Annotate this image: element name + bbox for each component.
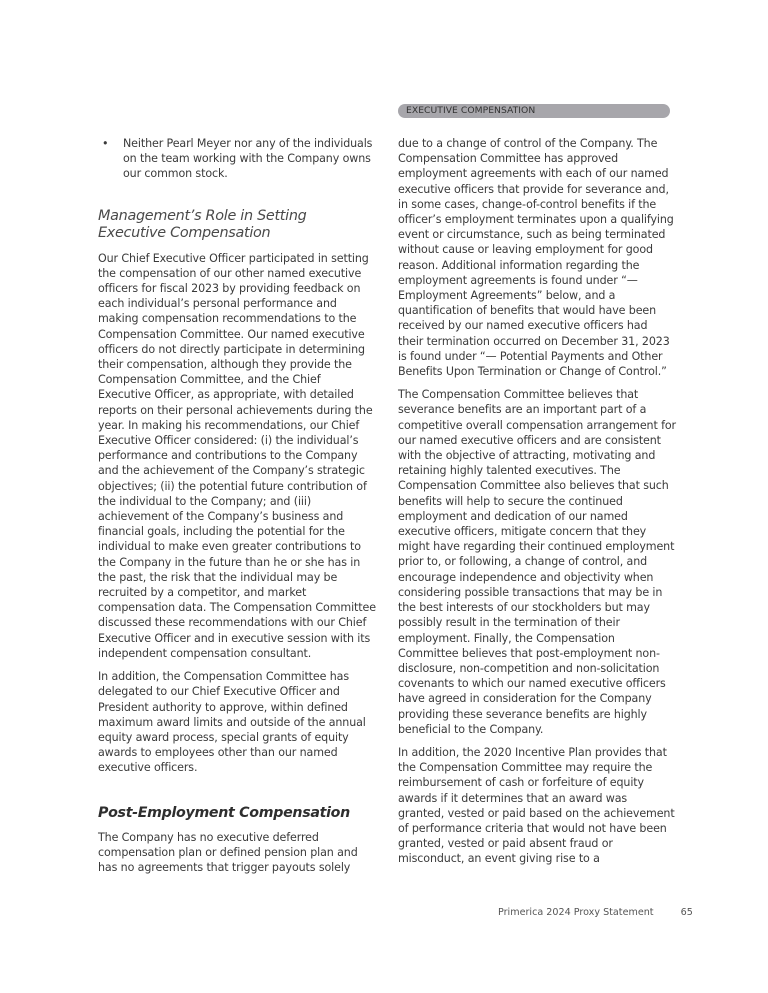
page-footer: Primerica 2024 Proxy Statement 65 (498, 907, 693, 918)
section-header-bar: EXECUTIVE COMPENSATION (398, 104, 670, 118)
left-column: • Neither Pearl Meyer nor any of the ind… (98, 136, 376, 883)
section-label: EXECUTIVE COMPENSATION (406, 105, 535, 116)
paragraph: In addition, the 2020 Incentive Plan pro… (398, 745, 676, 867)
paragraph: due to a change of control of the Compan… (398, 136, 676, 379)
page-number: 65 (681, 907, 693, 918)
bullet-icon: • (102, 136, 108, 151)
publication-title: Primerica 2024 Proxy Statement (498, 907, 654, 918)
subheading-management-role: Management’s Role in Setting Executive C… (98, 208, 376, 243)
paragraph: Our Chief Executive Officer participated… (98, 251, 376, 661)
section-heading-post-employment: Post-Employment Compensation (98, 804, 376, 822)
right-column: due to a change of control of the Compan… (398, 136, 676, 875)
paragraph: The Compensation Committee believes that… (398, 387, 676, 737)
bullet-item: • Neither Pearl Meyer nor any of the ind… (98, 136, 376, 182)
bullet-text: Neither Pearl Meyer nor any of the indiv… (123, 137, 372, 180)
bullet-list: • Neither Pearl Meyer nor any of the ind… (98, 136, 376, 182)
paragraph: In addition, the Compensation Committee … (98, 669, 376, 775)
paragraph: The Company has no executive deferred co… (98, 830, 376, 876)
